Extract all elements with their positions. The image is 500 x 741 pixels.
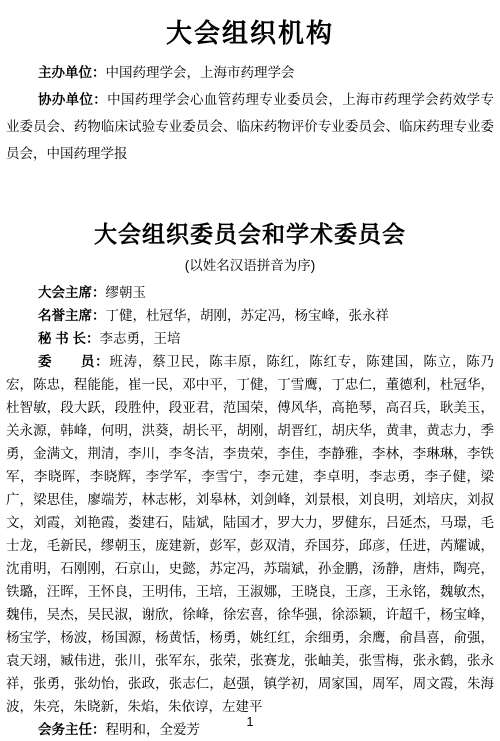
host-organizer-value: 中国药理学会，上海市药理学会 [106,65,295,80]
committee-section: 大会组织委员会和学术委员会 (以姓名汉语拼音为序) 大会主席：缪朝玉 名誉主席：… [0,216,500,741]
secretary-general-value: 李志勇，王培 [100,331,181,346]
organization-section: 大会组织机构 主办单位：中国药理学会，上海市药理学会 协办单位：中国药理学会心血… [0,13,500,167]
document-page: 大会组织机构 主办单位：中国药理学会，上海市药理学会 协办单位：中国药理学会心血… [0,0,500,741]
committee-members-label: 委 员： [38,354,109,369]
co-host-organizer-row: 协办单位：中国药理学会心血管药理专业委员会，上海市药理学会药效学专业委员会、药物… [6,86,494,167]
honorary-chairs-row: 名誉主席：丁健，杜冠华，胡刚，苏定冯，杨宝峰，张永祥 [6,304,494,327]
committee-members-row: 委 员：班涛，蔡卫民，陈丰原，陈红，陈红专，陈建国，陈立，陈乃宏，陈忠，程能能，… [6,350,494,718]
honorary-chairs-value: 丁健，杜冠华，胡刚，苏定冯，杨宝峰，张永祥 [106,308,390,323]
host-organizer-label: 主办单位： [38,65,106,80]
conference-chair-row: 大会主席：缪朝玉 [6,281,494,304]
committee-section-title: 大会组织委员会和学术委员会 [0,216,500,249]
organization-section-title: 大会组织机构 [0,13,500,50]
page-number: 1 [0,715,500,729]
secretary-general-row: 秘 书 长：李志勇，王培 [6,327,494,350]
conference-chair-label: 大会主席： [38,285,106,300]
honorary-chairs-label: 名誉主席： [38,308,106,323]
co-host-organizer-label: 协办单位： [38,92,107,107]
secretary-general-label: 秘 书 长： [38,331,100,346]
committee-members-value: 班涛，蔡卫民，陈丰原，陈红，陈红专，陈建国，陈立，陈乃宏，陈忠，程能能，崔一民，… [6,354,494,714]
conference-chair-value: 缪朝玉 [106,285,147,300]
host-organizer-row: 主办单位：中国药理学会，上海市药理学会 [6,59,494,86]
committee-sort-note: (以姓名汉语拼音为序) [0,254,500,274]
